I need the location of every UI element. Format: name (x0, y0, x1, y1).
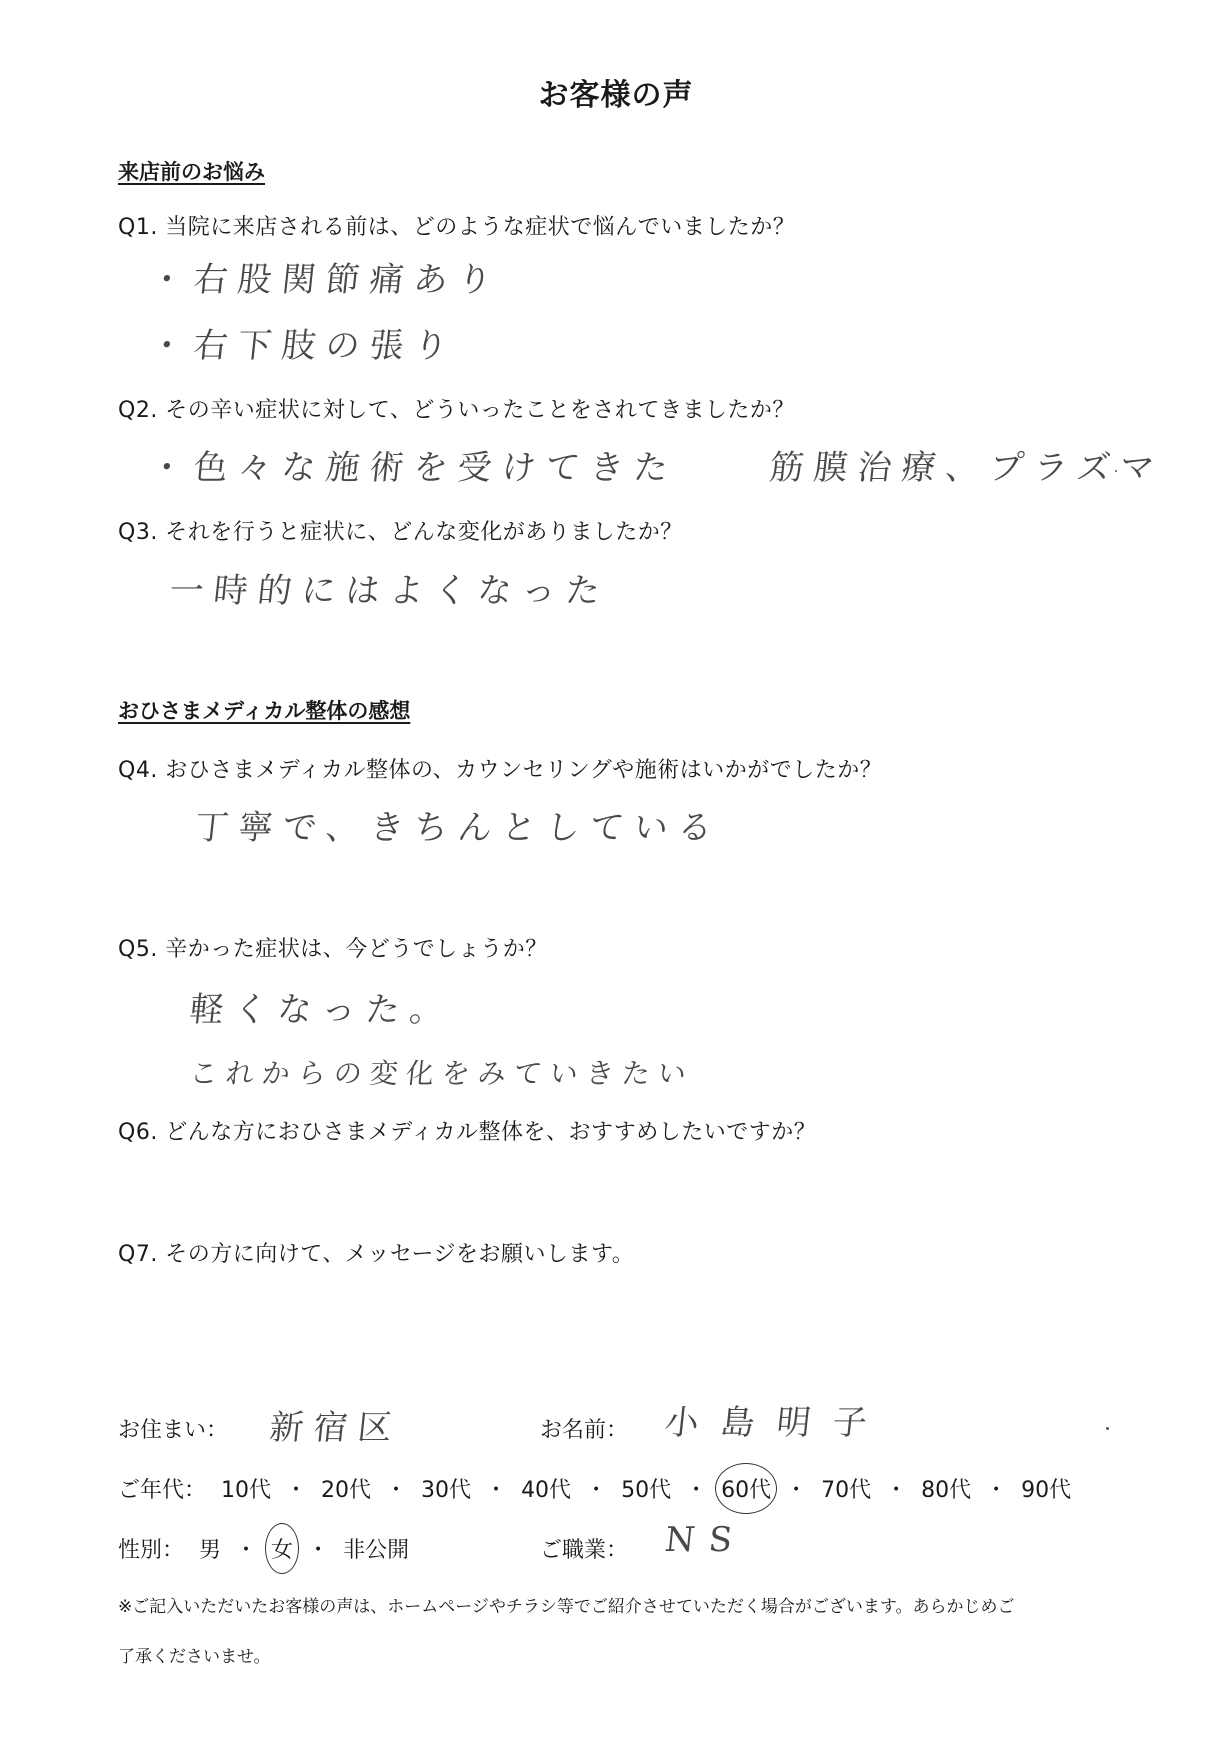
answer-q2-part1: ・色々な施術を受けてきた (147, 440, 680, 489)
answer-q2-part2: 筋膜治療、プラズマ (767, 440, 1166, 489)
age-option-40[interactable]: 40代 (521, 1473, 571, 1504)
answer-q5-line1: 軽くなった。 (187, 982, 456, 1031)
section-heading-before-visit: 来店前のお悩み (118, 156, 265, 186)
question-q5: Q5. 辛かった症状は、今どうでしょうか？ (118, 932, 548, 963)
age-option-90[interactable]: 90代 (1021, 1473, 1071, 1504)
occupation-label: ご職業： (540, 1538, 628, 1563)
gender-option-female-selected[interactable]: 女 (271, 1533, 293, 1564)
section-heading-impressions: おひさまメディカル整体の感想 (118, 695, 410, 725)
question-q7: Q7. その方に向けて、メッセージをお願いします。 (118, 1237, 634, 1268)
age-option-20[interactable]: 20代 (321, 1473, 371, 1504)
scan-speck (1115, 470, 1117, 472)
age-option-10[interactable]: 10代 (221, 1473, 271, 1504)
occupation-field: ご職業： (540, 1533, 628, 1564)
gender-option-male[interactable]: 男 (199, 1533, 221, 1564)
age-option-70[interactable]: 70代 (821, 1473, 871, 1504)
answer-q5-line2: これからの変化をみていきたい (188, 1052, 696, 1092)
occupation-value: NS (663, 1520, 748, 1560)
age-option-80[interactable]: 80代 (921, 1473, 971, 1504)
age-label: ご年代： (118, 1478, 206, 1503)
residence-field: お住まい： (118, 1413, 228, 1444)
age-option-60-selected[interactable]: 60代 (721, 1473, 771, 1504)
question-q6: Q6. どんな方におひさまメディカル整体を、おすすめしたいですか？ (118, 1115, 816, 1146)
name-value: 小島明子 (662, 1395, 891, 1444)
gender-option-private[interactable]: 非公開 (343, 1533, 409, 1564)
question-q2: Q2. その辛い症状に対して、どういったことをされてきましたか？ (118, 393, 795, 424)
answer-q1-line2: ・右下肢の張り (147, 318, 460, 367)
gender-field: 性別： 男・女・非公開 (118, 1533, 409, 1564)
gender-label: 性別： (118, 1538, 184, 1563)
age-field: ご年代： 10代・20代・30代・40代・50代・60代・70代・80代・90代 (118, 1473, 1071, 1504)
answer-q1-line1: ・右股関節痛あり (147, 252, 504, 301)
answer-q3: 一時的にはよくなった (167, 563, 612, 612)
question-q4: Q4. おひさまメディカル整体の、カウンセリングや施術はいかがでしたか？ (118, 753, 882, 784)
name-field: お名前： (540, 1413, 628, 1444)
age-option-50[interactable]: 50代 (621, 1473, 671, 1504)
page-title: お客様の声 (0, 70, 1232, 114)
residence-value: 新宿区 (267, 1400, 404, 1449)
answer-q4: 丁寧で、きちんとしている (192, 800, 724, 849)
footer-note-line1: ※ご記入いただいたお客様の声は、ホームページやチラシ等でご紹介させていただく場合… (118, 1592, 1015, 1617)
name-label: お名前： (540, 1418, 628, 1443)
scan-speck (1106, 1427, 1109, 1430)
question-q1: Q1. 当院に来店される前は、どのような症状で悩んでいましたか？ (118, 210, 795, 241)
question-q3: Q3. それを行うと症状に、どんな変化がありましたか？ (118, 515, 683, 546)
age-option-30[interactable]: 30代 (421, 1473, 471, 1504)
footer-note-line2: 了承くださいませ。 (118, 1642, 271, 1667)
residence-label: お住まい： (118, 1418, 228, 1443)
